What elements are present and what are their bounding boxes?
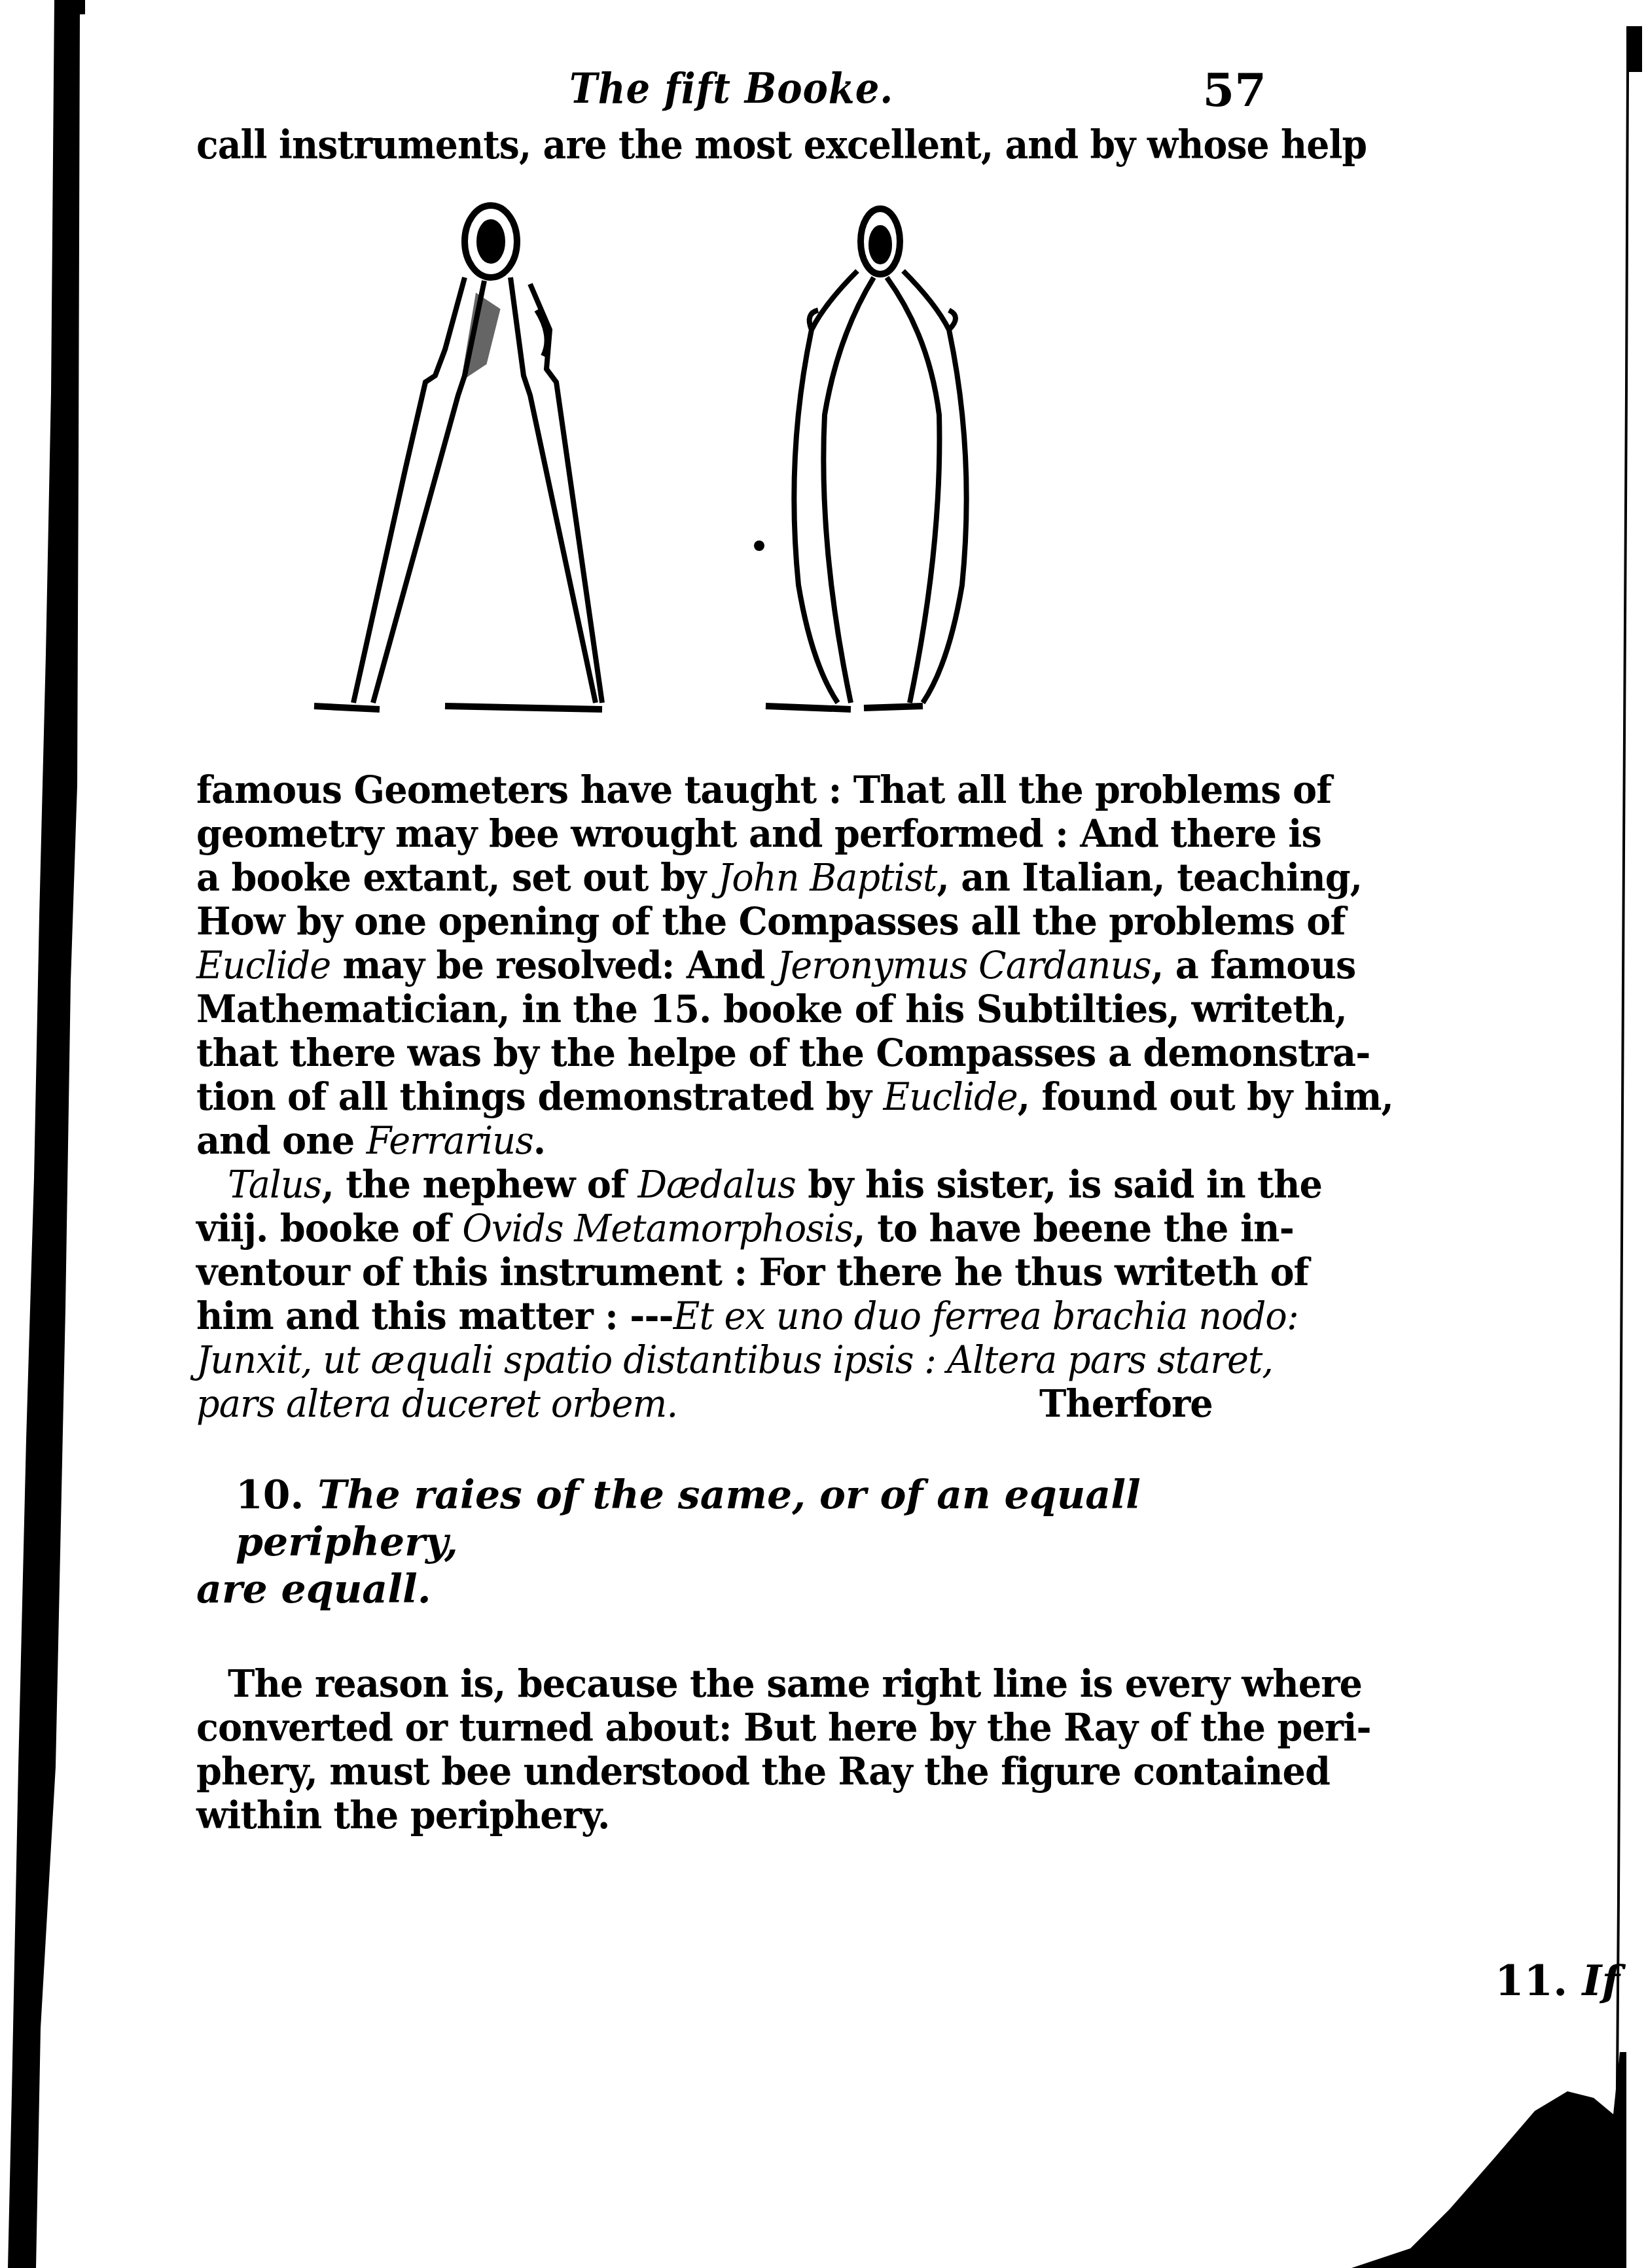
catchword-number: 11. bbox=[1495, 1957, 1567, 2006]
text-line: ventour of this instrument : For there h… bbox=[196, 1250, 1240, 1294]
compass-bowed-legs-icon bbox=[754, 209, 967, 709]
proper-name: Talus bbox=[228, 1162, 321, 1207]
compass-open-legs-icon bbox=[314, 205, 602, 709]
running-title: The fift Booke. bbox=[569, 64, 893, 113]
proper-name: Ferrarius bbox=[367, 1118, 533, 1163]
text-line: Euclide may be resolved: And Jeronymus C… bbox=[196, 944, 1240, 987]
proper-name: Euclide bbox=[196, 943, 331, 987]
running-head: The fift Booke. 57 bbox=[196, 52, 1283, 124]
paragraph-reason: The reason is, because the same right li… bbox=[196, 1662, 1283, 1837]
text-line: viij. booke of Ovids Metamorphosis, to h… bbox=[196, 1207, 1240, 1250]
text-line: within the periphery. bbox=[196, 1794, 1240, 1837]
scan-right-edge bbox=[1567, 0, 1646, 2268]
proper-name: Ovids Metamorphosis bbox=[462, 1206, 853, 1250]
top-text-line: call instruments, are the most excellent… bbox=[196, 124, 1196, 166]
text-line: him and this matter : ---Et ex uno duo f… bbox=[196, 1294, 1240, 1338]
proposition-text: are equall. bbox=[196, 1567, 431, 1612]
proposition-10: 10. The raies of the same, or of an equa… bbox=[196, 1472, 1283, 1613]
proposition-number: 10. bbox=[236, 1472, 304, 1518]
proper-name: Dædalus bbox=[637, 1162, 795, 1207]
text-line: tion of all things demonstrated by Eucli… bbox=[196, 1075, 1240, 1119]
compasses-illustration bbox=[196, 173, 1283, 768]
catchword-word: If bbox=[1583, 1957, 1620, 2006]
proper-name: John Baptist bbox=[718, 855, 937, 900]
scan-binding-edge bbox=[0, 0, 85, 2268]
text-line: geometry may bee wrought and performed :… bbox=[196, 812, 1240, 856]
text-line: phery, must bee understood the Ray the f… bbox=[196, 1750, 1240, 1794]
page-number: 57 bbox=[1203, 63, 1266, 117]
book-page: The fift Booke. 57 call instruments, are… bbox=[196, 52, 1283, 1837]
scan-corner-shadow bbox=[1279, 2052, 1646, 2268]
paragraph-geometers: famous Geometers have taught : That all … bbox=[196, 768, 1283, 1163]
text-line: pars altera duceret orbem. Therfore bbox=[196, 1382, 1240, 1426]
text-line: Junxit, ut æquali spatio distantibus ips… bbox=[196, 1338, 1240, 1382]
text-line: and one Ferrarius. bbox=[196, 1119, 1240, 1163]
paragraph-talus: Talus, the nephew of Dædalus by his sist… bbox=[196, 1163, 1283, 1426]
text-line: famous Geometers have taught : That all … bbox=[196, 768, 1240, 812]
text-line: Mathematician, in the 15. booke of his S… bbox=[196, 987, 1240, 1031]
text-line: How by one opening of the Compasses all … bbox=[196, 900, 1240, 944]
text-line: Talus, the nephew of Dædalus by his sist… bbox=[196, 1163, 1240, 1207]
latin-quote: Et ex uno duo ferrea brachia nodo: bbox=[673, 1294, 1298, 1338]
text-line: converted or turned about: But here by t… bbox=[196, 1706, 1240, 1750]
proper-name: Jeronymus Cardanus bbox=[777, 943, 1151, 987]
text-line: The reason is, because the same right li… bbox=[196, 1662, 1240, 1706]
proper-name: Euclide bbox=[884, 1074, 1018, 1119]
catchword: 11. If bbox=[1495, 1957, 1620, 2006]
text-line: a booke extant, set out by John Baptist,… bbox=[196, 856, 1240, 900]
text-line: that there was by the helpe of the Compa… bbox=[196, 1031, 1240, 1075]
latin-quote: pars altera duceret orbem. bbox=[196, 1381, 677, 1426]
latin-quote: Junxit, ut æquali spatio distantibus ips… bbox=[196, 1338, 1273, 1382]
proposition-text: The raies of the same, or of an equall p… bbox=[236, 1472, 1141, 1565]
